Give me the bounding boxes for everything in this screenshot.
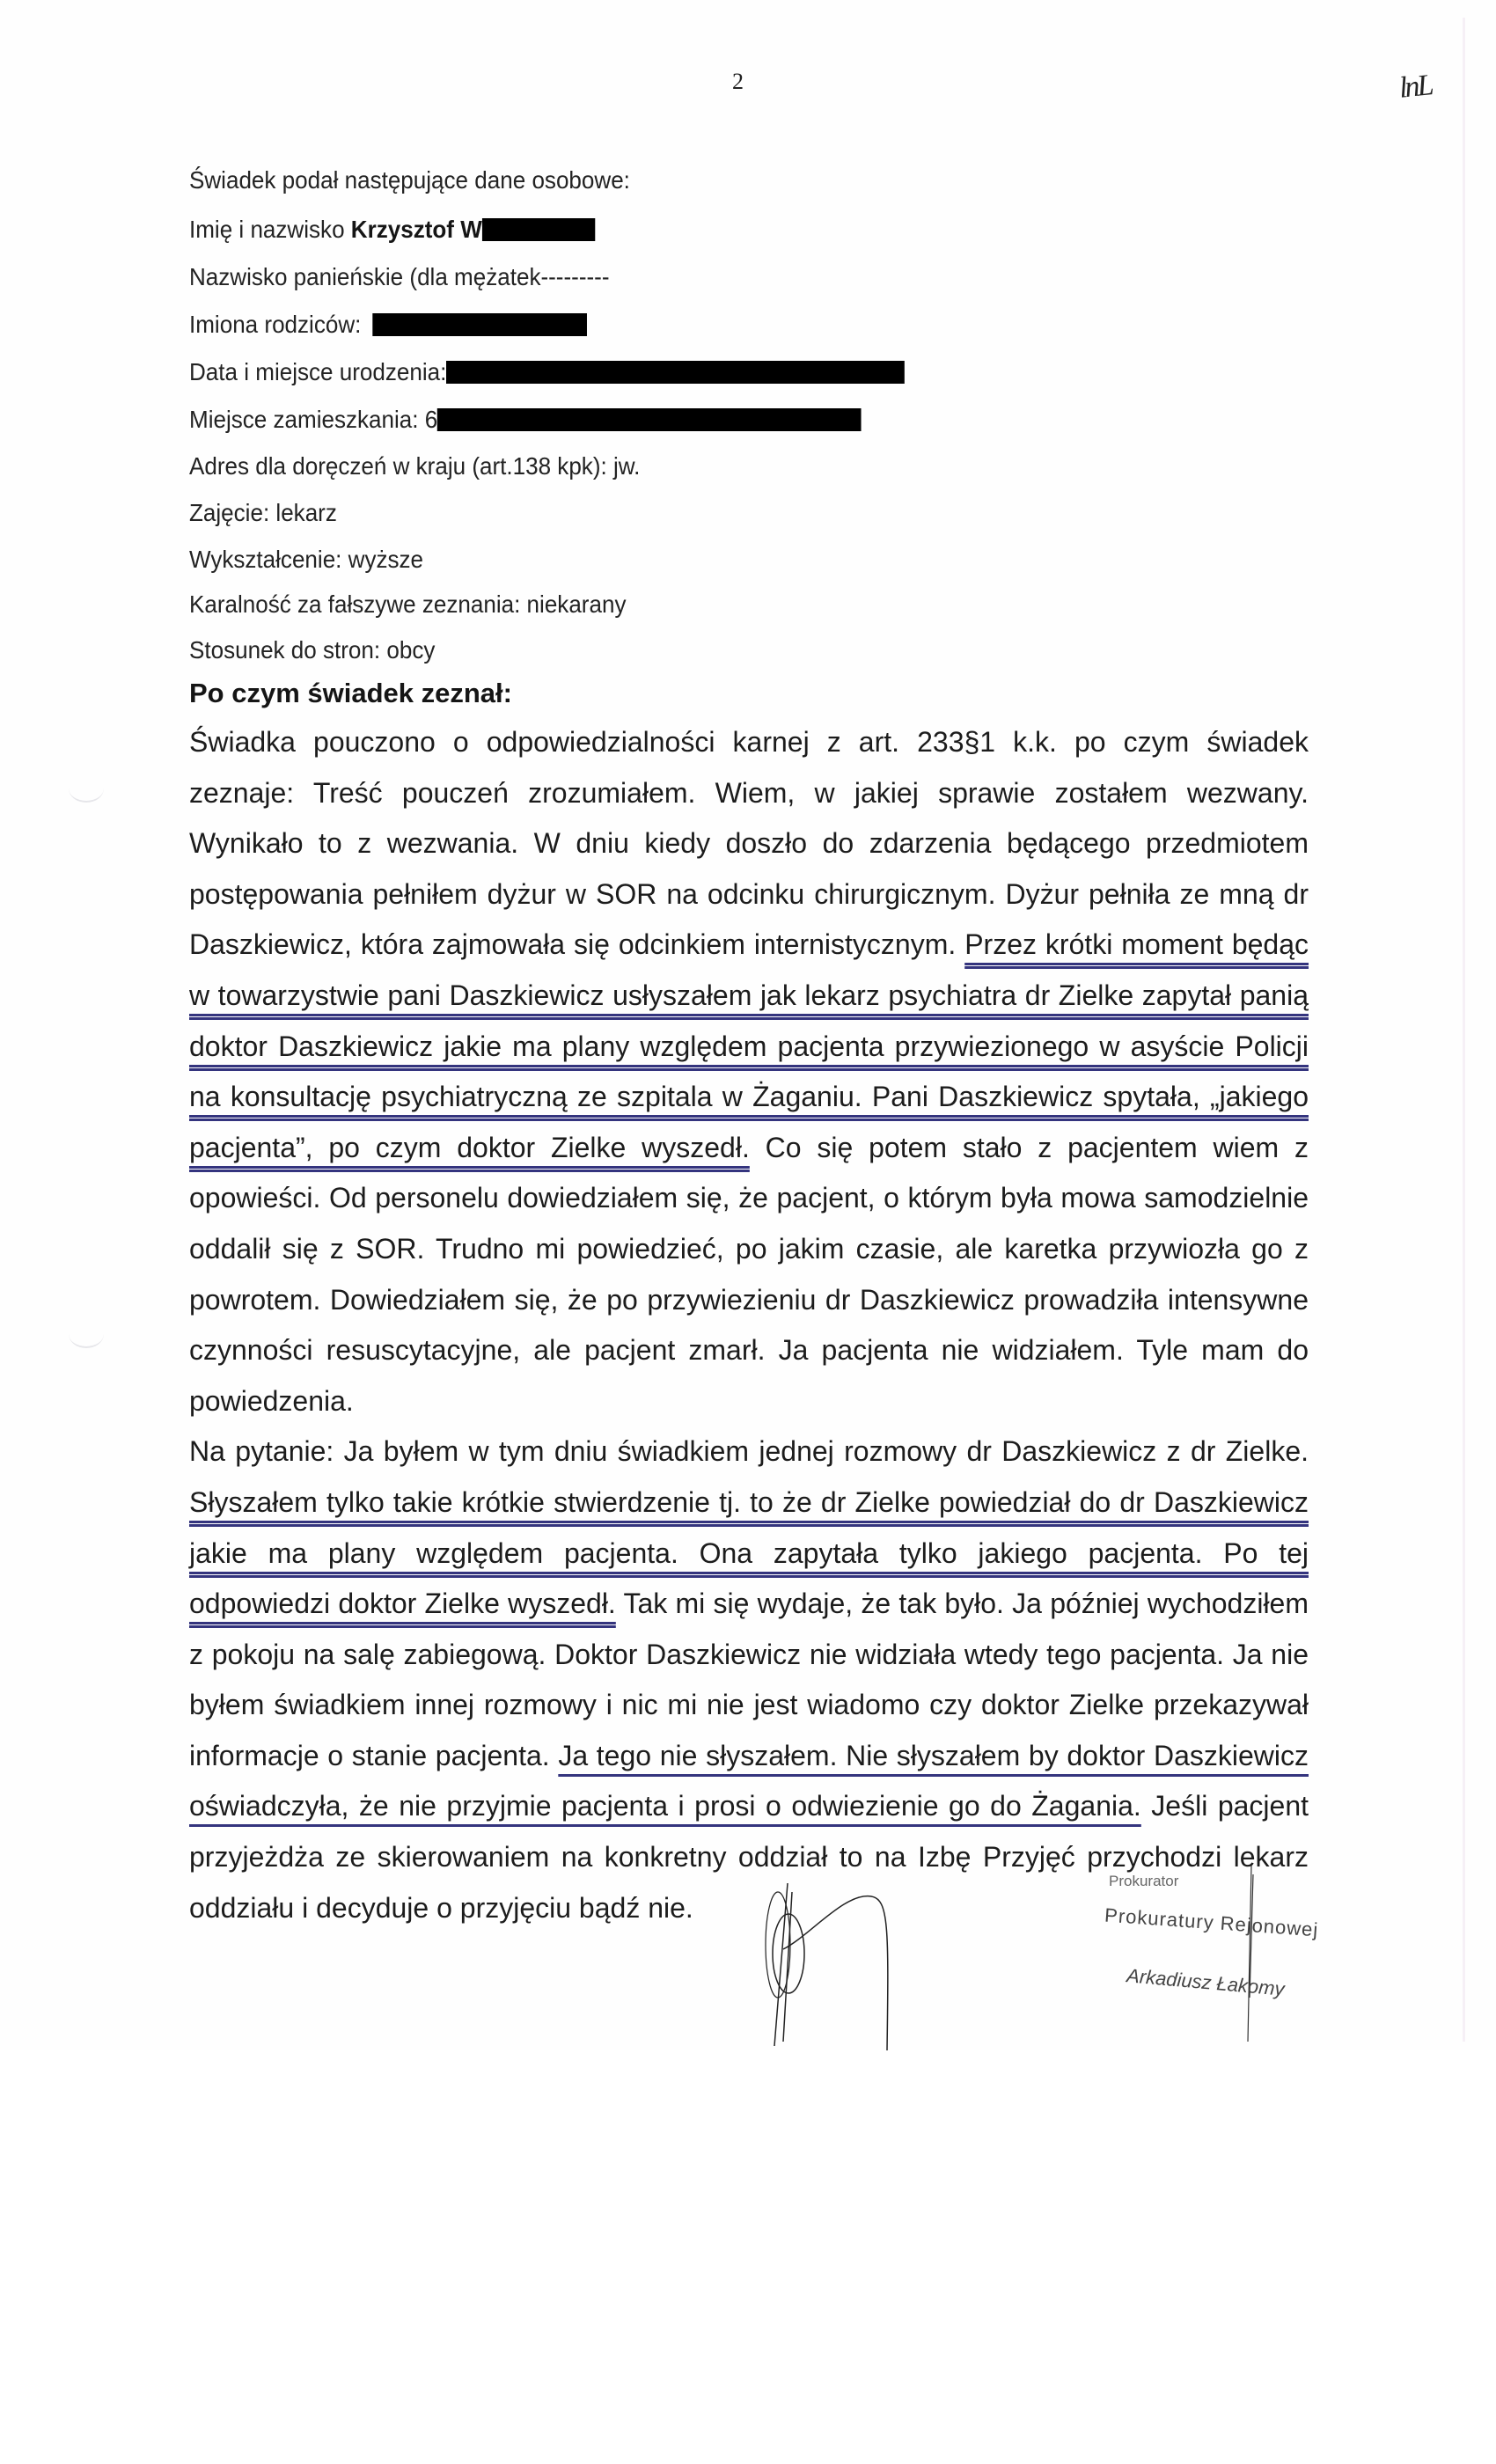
prosecutor-signature-stroke <box>1232 1866 1267 2042</box>
scanned-page: 2 lnL Świadek podał następujące dane oso… <box>0 0 1496 2050</box>
deposition-body: Świadka pouczono o odpowiedzialności kar… <box>189 717 1309 1933</box>
education-row: Wykształcenie: wyższe <box>189 545 423 575</box>
witness-signature <box>757 1874 986 2050</box>
underlined-passage: Przez krótki moment będąc w towarzystwie… <box>189 928 1309 1162</box>
deposition-heading: Po czym świadek zeznał: <box>189 678 512 709</box>
redaction-bar <box>446 361 905 384</box>
personal-data-intro: Świadek podał następujące dane osobowe: <box>189 165 630 195</box>
name-label: Imię i nazwisko <box>189 216 345 243</box>
paragraph-1: Świadka pouczono o odpowiedzialności kar… <box>189 717 1309 1426</box>
parents-row: Imiona rodziców: <box>189 310 587 340</box>
relation-row: Stosunek do stron: obcy <box>189 635 435 665</box>
occupation-row: Zajęcie: lekarz <box>189 498 337 528</box>
scan-edge <box>1463 18 1465 2042</box>
punch-hole-top <box>69 774 104 803</box>
name-value: Krzysztof W <box>351 216 482 243</box>
stamp-title: Prokurator <box>1109 1873 1178 1890</box>
redaction-bar <box>437 408 862 431</box>
name-row: Imię i nazwisko Krzysztof W <box>189 215 595 245</box>
handwritten-page-mark: lnL <box>1397 69 1433 106</box>
parents-label: Imiona rodziców: <box>189 311 361 338</box>
residence-label: Miejsce zamieszkania: 6 <box>189 406 437 433</box>
paragraph-1-continuation: Co się potem stało z pacjentem wiem z op… <box>189 1132 1309 1417</box>
paragraph-2: Na pytanie: Ja byłem w tym dniu świadkie… <box>189 1426 1309 1933</box>
punch-hole-bottom <box>69 1320 104 1348</box>
redaction-bar <box>482 218 595 241</box>
page-number: 2 <box>732 69 744 95</box>
birth-row: Data i miejsce urodzenia: <box>189 357 905 387</box>
paragraph-1-text: Świadka pouczono o odpowiedzialności kar… <box>189 726 1309 960</box>
redaction-bar <box>372 313 587 336</box>
delivery-address-row: Adres dla doręczeń w kraju (art.138 kpk)… <box>189 451 640 481</box>
criminal-record-row: Karalność za fałszywe zeznania: niekaran… <box>189 590 626 620</box>
residence-row: Miejsce zamieszkania: 6 <box>189 405 862 435</box>
paragraph-2-text: Na pytanie: Ja byłem w tym dniu świadkie… <box>189 1435 1309 1467</box>
maiden-name-row: Nazwisko panieńskie (dla mężatek--------… <box>189 262 610 292</box>
birth-label: Data i miejsce urodzenia: <box>189 358 446 385</box>
